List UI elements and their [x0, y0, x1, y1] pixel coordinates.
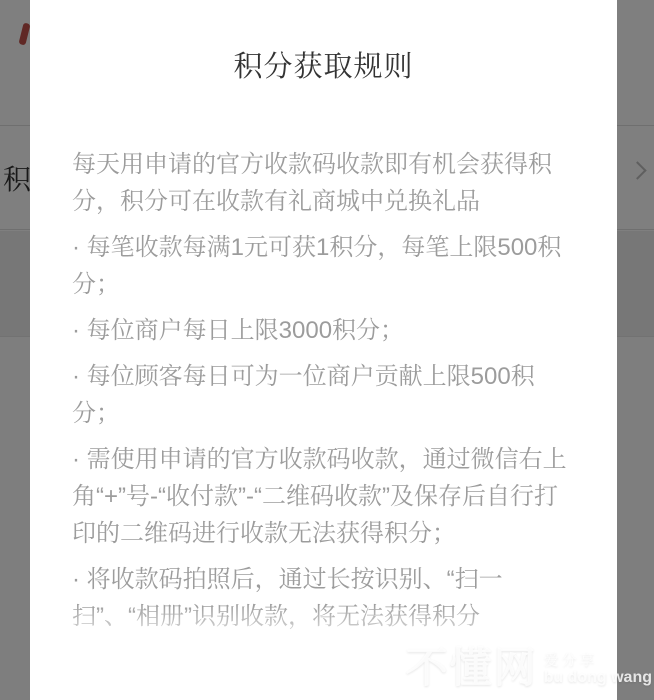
rules-scroll-area[interactable]: 每天用申请的官方收款码收款即有机会获得积分，积分可在收款有礼商城中兑换礼品 · … [72, 146, 576, 644]
rule-item: · 每位商户每日上限3000积分； [72, 312, 576, 349]
rule-item: · 每笔收款每满1元可获1积分，每笔上限500积分； [72, 229, 576, 303]
modal-title: 积分获取规则 [30, 44, 617, 85]
rule-item: · 需使用申请的官方收款码收款，通过微信右上角“+”号-“收付款”-“二维码收款… [72, 441, 576, 552]
points-rules-modal: 积分获取规则 每天用申请的官方收款码收款即有机会获得积分，积分可在收款有礼商城中… [30, 0, 617, 700]
rule-item: · 将收款码拍照后，通过长按识别、“扫一扫”、“相册”识别收款，将无法获得积分 [72, 561, 576, 635]
rule-item: · 每位顾客每日可为一位商户贡献上限500积分； [72, 358, 576, 432]
screen: 积分 积分获取规则 每天用申请的官方收款码收款即有机会获得积分，积分可在收款有礼… [0, 0, 654, 700]
rules-intro-paragraph: 每天用申请的官方收款码收款即有机会获得积分，积分可在收款有礼商城中兑换礼品 [72, 146, 576, 220]
